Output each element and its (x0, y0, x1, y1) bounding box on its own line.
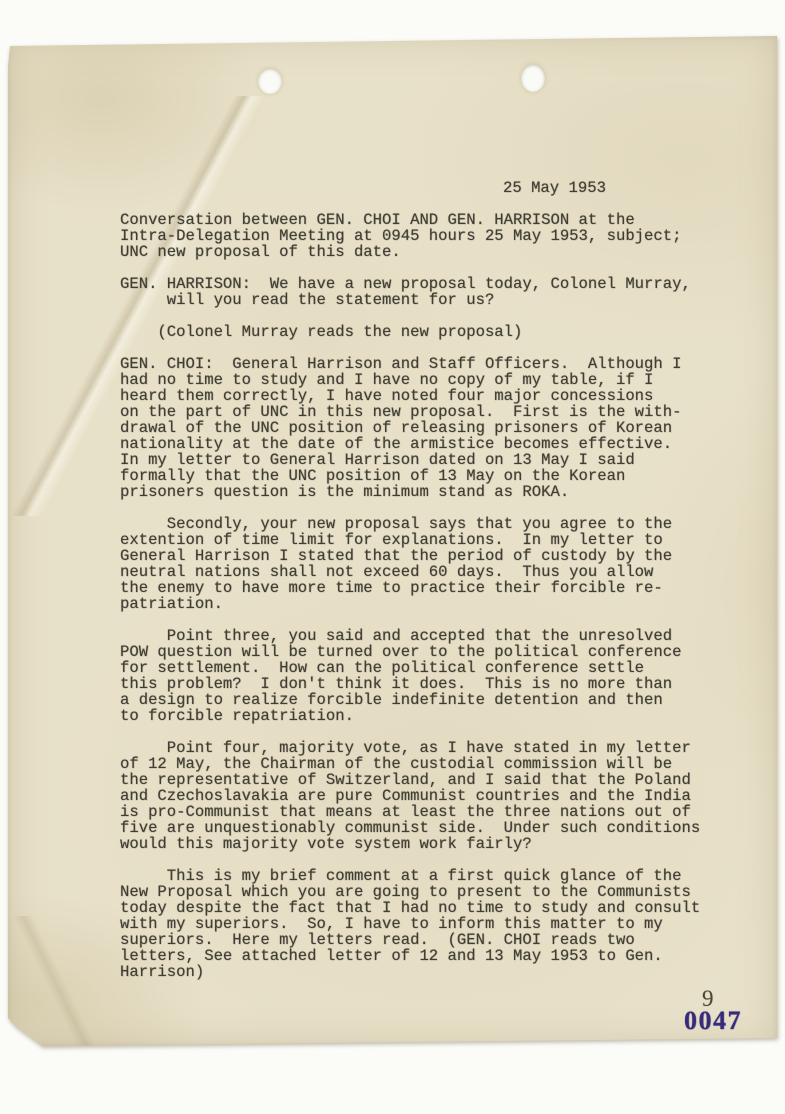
paper-shadow-wrapper: 25 May 1953 Conversation between GEN. CH… (0, 0, 785, 1114)
document-page: 25 May 1953 Conversation between GEN. CH… (8, 36, 777, 1046)
punch-hole-right (521, 64, 545, 92)
choi-dialogue-2: Secondly, your new proposal says that yo… (120, 516, 740, 612)
stage-direction: (Colonel Murray reads the new proposal) (120, 324, 740, 340)
choi-dialogue-5: This is my brief comment at a first quic… (120, 868, 740, 980)
punch-hole-left (258, 68, 282, 94)
choi-dialogue-4: Point four, majority vote, as I have sta… (120, 740, 740, 852)
date-line: 25 May 1953 (120, 180, 740, 196)
choi-dialogue-1: GEN. CHOI: General Harrison and Staff Of… (120, 356, 740, 500)
typed-content: 25 May 1953 Conversation between GEN. CH… (120, 180, 740, 980)
intro-paragraph: Conversation between GEN. CHOI AND GEN. … (120, 212, 740, 260)
choi-dialogue-3: Point three, you said and accepted that … (120, 628, 740, 724)
harrison-dialogue: GEN. HARRISON: We have a new proposal to… (120, 276, 740, 308)
scan-background: 25 May 1953 Conversation between GEN. CH… (0, 0, 785, 1114)
archive-stamp-number: 0047 (684, 1006, 742, 1036)
